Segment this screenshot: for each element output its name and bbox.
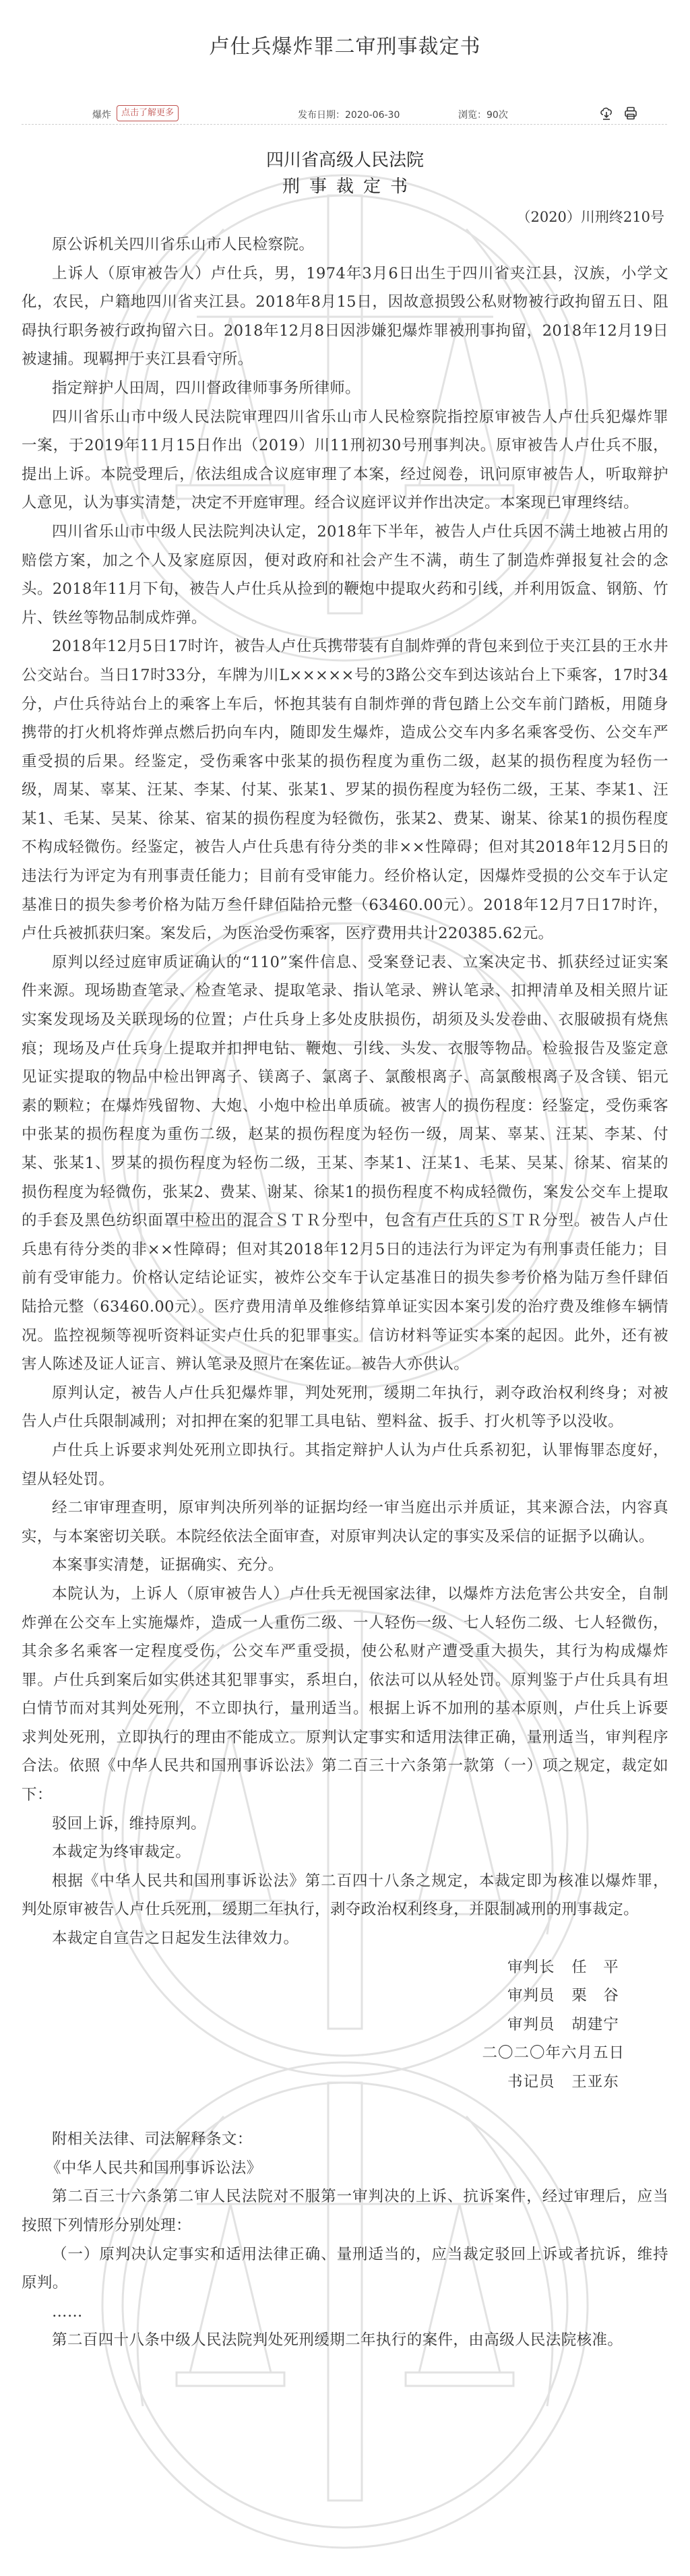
law-article: …… bbox=[22, 2298, 668, 2327]
signature-role: 审判员 bbox=[507, 1982, 555, 2011]
paragraph: 本裁定自宣告之日起发生法律效力。 bbox=[22, 1924, 668, 1953]
paragraph: 经二审审理查明，原审判决所列举的证据均经一审当庭出示并质证，其来源合法，内容真实… bbox=[22, 1494, 668, 1551]
signature-row: 审判员胡建宁 bbox=[22, 2011, 625, 2040]
law-article: 第二百四十八条中级人民法院判处死刑缓期二年执行的案件，由高级人民法院核准。 bbox=[22, 2326, 668, 2355]
meta-bar: 爆炸 点击了解更多 发布日期：2020-06-30 浏览：90次 bbox=[22, 104, 668, 125]
signature-row: 书记员王亚东 bbox=[22, 2068, 625, 2097]
paragraph: 驳回上诉，维持原判。 bbox=[22, 1810, 668, 1839]
publish-date: 发布日期：2020-06-30 bbox=[298, 108, 400, 121]
paragraph: 上诉人（原审被告人）卢仕兵，男，1974年3月6日出生于四川省夹江县，汉族，小学… bbox=[22, 259, 668, 374]
paragraph: 原判认定，被告人卢仕兵犯爆炸罪，判处死刑，缓期二年执行，剥夺政治权利终身；对被告… bbox=[22, 1379, 668, 1436]
view-count: 浏览：90次 bbox=[458, 108, 508, 121]
page-title: 卢仕兵爆炸罪二审刑事裁定书 bbox=[0, 30, 690, 59]
signature-role: 书记员 bbox=[507, 2068, 555, 2097]
paragraph: 本案事实清楚，证据确实、充分。 bbox=[22, 1551, 668, 1580]
learn-more-button[interactable]: 点击了解更多 bbox=[117, 105, 179, 121]
law-name: 《中华人民共和国刑事诉讼法》 bbox=[22, 2154, 668, 2183]
signature-role: 审判员 bbox=[507, 2011, 555, 2040]
signature-name: 胡建宁 bbox=[555, 2011, 625, 2040]
paragraph: 本裁定为终审裁定。 bbox=[22, 1838, 668, 1867]
paragraph: 本院认为，上诉人（原审被告人）卢仕兵无视国家法律，以爆炸方法危害公共安全，自制炸… bbox=[22, 1580, 668, 1810]
paragraph: 卢仕兵上诉要求判处死刑立即执行。其指定辩护人认为卢仕兵系初犯，认罪悔罪态度好，望… bbox=[22, 1436, 668, 1494]
signature-role: 审判长 bbox=[507, 1953, 555, 1982]
paragraph: 四川省乐山市中级人民法院判决认定，2018年下半年，被告人卢仕兵因不满土地被占用… bbox=[22, 518, 668, 632]
paragraph: 原公诉机关四川省乐山市人民检察院。 bbox=[22, 231, 668, 259]
paragraph: 原判以经过庭审质证确认的“110”案件信息、受案登记表、立案决定书、抓获经过证实… bbox=[22, 948, 668, 1379]
signature-date: 二〇二〇年六月五日 bbox=[22, 2039, 625, 2068]
case-number: （2020）川刑终210号 bbox=[516, 206, 664, 226]
signature-block: 审判长任 平 审判员栗 谷 审判员胡建宁 二〇二〇年六月五日 书记员王亚东 bbox=[22, 1953, 625, 2097]
law-article: 第二百三十六条第二审人民法院对不服第一审判决的上诉、抗诉案件，经过审理后，应当按… bbox=[22, 2182, 668, 2240]
paragraph: 根据《中华人民共和国刑事诉讼法》第二百四十八条之规定，本裁定即为核准以爆炸罪，判… bbox=[22, 1867, 668, 1924]
signature-name: 栗 谷 bbox=[555, 1982, 625, 2011]
court-name: 四川省高级人民法院 bbox=[0, 146, 690, 171]
paragraph: 四川省乐山市中级人民法院审理四川省乐山市人民检察院指控原审被告人卢仕兵犯爆炸罪一… bbox=[22, 403, 668, 518]
signature-name: 任 平 bbox=[555, 1953, 625, 1982]
print-icon[interactable] bbox=[623, 106, 638, 121]
signature-name: 王亚东 bbox=[555, 2068, 625, 2097]
document-type: 刑事裁定书 bbox=[0, 173, 690, 197]
signature-row: 审判员栗 谷 bbox=[22, 1982, 625, 2011]
divider bbox=[22, 124, 667, 125]
paragraph: 指定辩护人田周，四川督政律师事务所律师。 bbox=[22, 374, 668, 403]
signature-row: 审判长任 平 bbox=[22, 1953, 625, 1982]
download-icon[interactable] bbox=[599, 106, 614, 121]
keyword-tag[interactable]: 爆炸 bbox=[92, 108, 111, 121]
paragraph: 2018年12月5日17时许，被告人卢仕兵携带装有自制炸弹的背包来到位于夹江县的… bbox=[22, 632, 668, 948]
law-article: （一）原判决认定事实和适用法律正确、量刑适当的，应当裁定驳回上诉或者抗诉，维持原… bbox=[22, 2240, 668, 2298]
appendix-heading: 附相关法律、司法解释条文： bbox=[22, 2125, 668, 2154]
document-body: 原公诉机关四川省乐山市人民检察院。 上诉人（原审被告人）卢仕兵，男，1974年3… bbox=[22, 231, 668, 2355]
